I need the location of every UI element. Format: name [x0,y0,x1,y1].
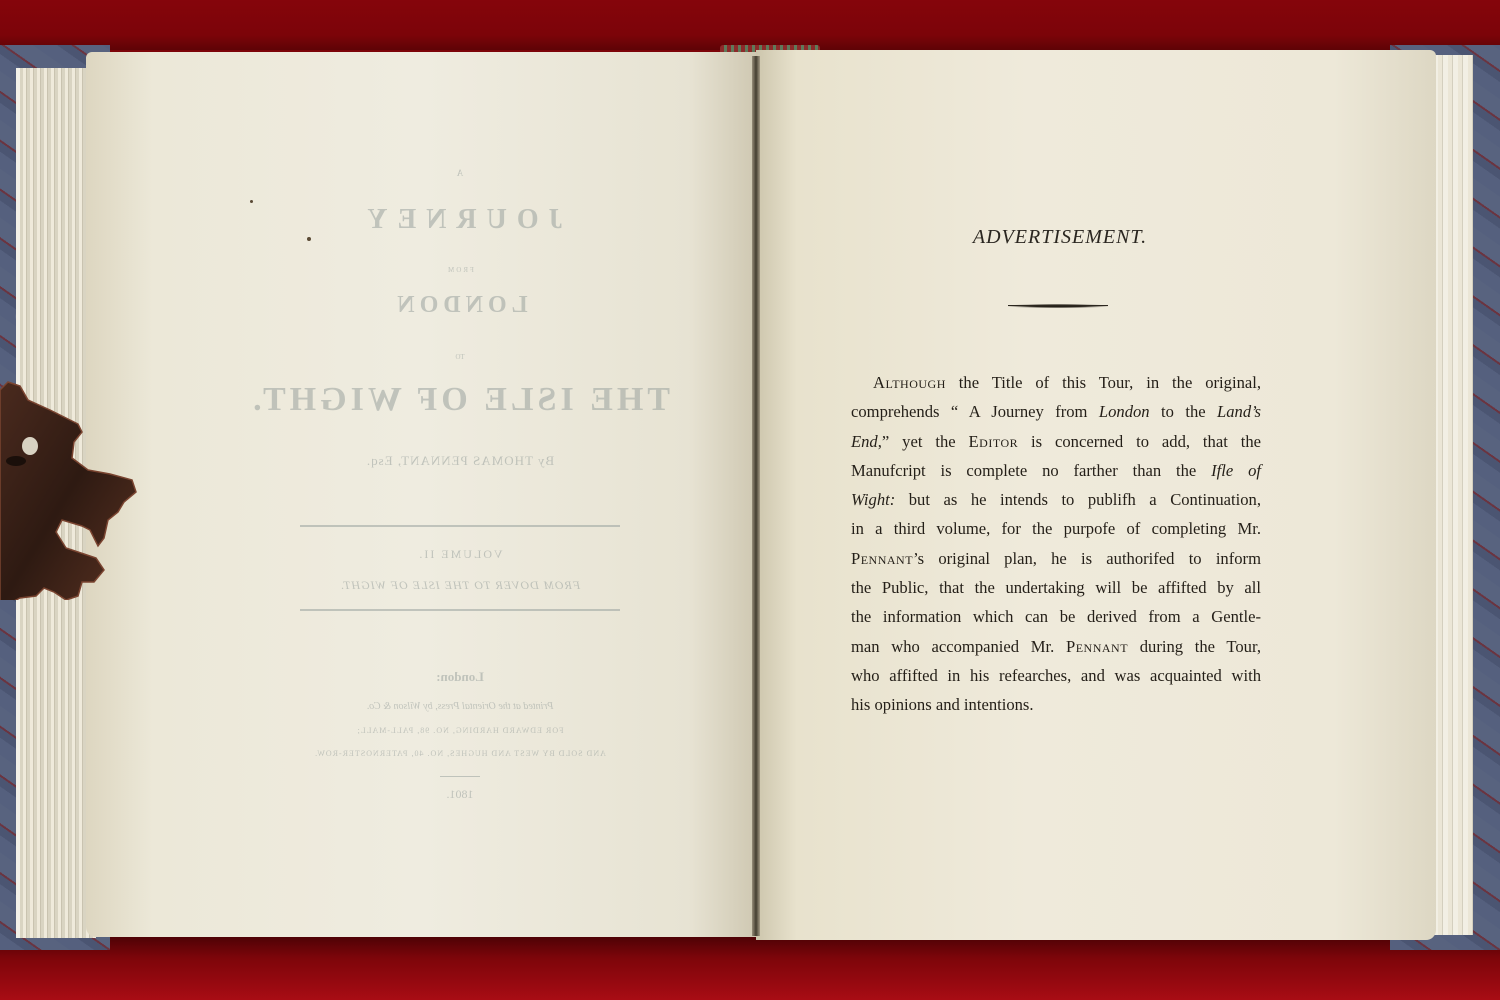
ghost-rule [300,609,620,611]
red-velvet-background-top [0,0,1500,50]
ghost-volume: VOLUME II. [250,547,670,562]
advertisement-heading: ADVERTISEMENT. [840,226,1280,249]
ghost-author: By THOMAS PENNANT, Esq. [250,453,670,469]
text-line: Although the Title of this Tour, in the … [851,368,1261,397]
text-line: comprehends “ A Journey from London to t… [851,397,1261,426]
ghost-for: FOR EDWARD HARDING, NO. 98, PALL-MALL; [250,726,670,735]
ghost-a: A [250,168,670,178]
ghost-rule [300,525,620,527]
ghost-place: London: [250,669,670,685]
text-line: man who accompanied Mr. Pennant during t… [851,632,1261,661]
ghost-journey: JOURNEY [250,204,670,236]
text-line: the information which can be derived fro… [851,602,1261,631]
book-gutter [752,56,760,936]
red-velvet-background-bottom [0,935,1500,1000]
decorative-rule [1008,304,1108,308]
ghost-sold: AND SOLD BY WEST AND HUGHES, NO. 40, PAT… [250,749,670,758]
text-line: End,” yet the Editor is concerned to add… [851,427,1261,456]
metal-clasp-icon [0,360,140,600]
text-line: who affifted in his refearches, and was … [851,661,1261,690]
ghost-printer: Printed at the Oriental Press, by Wilson… [250,701,670,712]
ghost-to: TO [250,353,670,361]
text-line: Wight: but as he intends to publifh a Co… [851,485,1261,514]
ghost-subtitle: FROM DOVER TO THE ISLE OF WIGHT. [250,578,670,593]
ghost-from: FROM [250,266,670,274]
text-line: Pennant’s original plan, he is authorife… [851,544,1261,573]
advertisement-paragraph: Although the Title of this Tour, in the … [851,368,1261,720]
text-line: Manufcript is complete no farther than t… [851,456,1261,485]
text-line: his opinions and intentions. [851,690,1261,719]
ghost-isle-of-wight: THE ISLE OF WIGHT. [250,381,670,419]
text-line: the Public, that the undertaking will be… [851,573,1261,602]
text-line: in a third volume, for the purpofe of co… [851,514,1261,543]
ghost-short-rule [440,776,480,777]
title-page-showthrough: A JOURNEY FROM LONDON TO THE ISLE OF WIG… [250,160,670,802]
ghost-year: 1801. [250,787,670,802]
ghost-london: LONDON [250,292,670,319]
